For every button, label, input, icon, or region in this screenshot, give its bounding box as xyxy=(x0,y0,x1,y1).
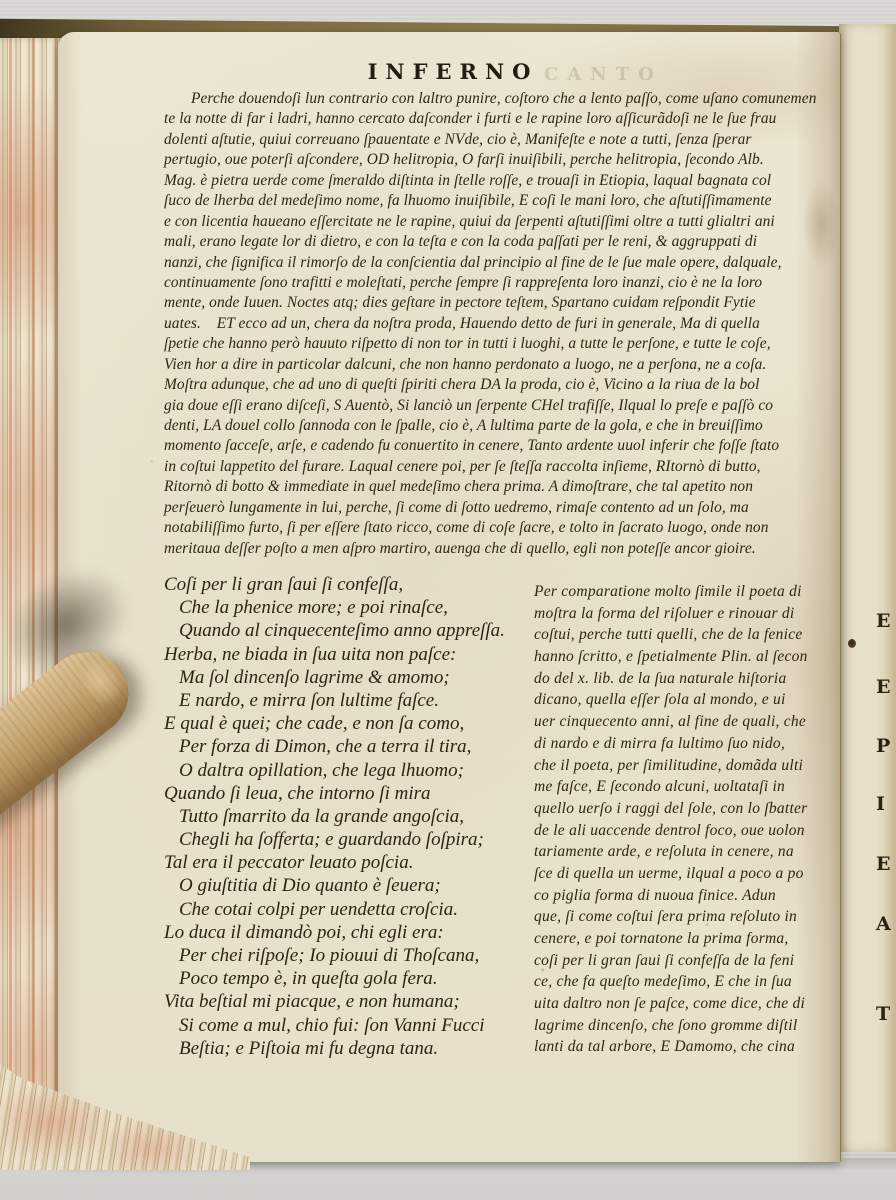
commentary-line: Ritornò di botto & immediate in quel med… xyxy=(164,477,826,497)
commentary-line: dolenti aſtutie, quiui correuano ſpauent… xyxy=(164,130,826,150)
commentary-line: que, ſi come coſtui ſera prima reſoluto … xyxy=(534,906,808,928)
commentary-line: che il poeta, per ſimilitudine, domãda u… xyxy=(534,755,808,777)
commentary-line: momento ſacceſe, arſe, e cadendo fu conu… xyxy=(164,436,826,456)
commentary-line: Per comparatione molto ſimile il poeta d… xyxy=(534,581,808,603)
commentary-line: hanno ſcritto, e ſpetialmente Plin. al ſ… xyxy=(534,646,808,668)
commentary-line: ſce di quella un uerme, ilqual a poco a … xyxy=(534,863,808,885)
verse-line: O daltra opillation, che lega lhuomo; xyxy=(164,759,505,782)
commentary-line: me faſce, E ſecondo alcuni, uoltataſi in xyxy=(534,776,808,798)
next-page-edge: E E P I E A T xyxy=(839,24,896,1152)
commentary-line: uer cinquecento anni, al fine de quali, … xyxy=(534,711,808,733)
verse-line: Si come a mul, chio fui: ſon Vanni Fucci xyxy=(164,1014,505,1037)
commentary-line: Moſtra adunque, che ad uno di queſti ſpi… xyxy=(164,375,826,395)
verse-line: Per forza di Dimon, che a terra il tira, xyxy=(164,735,505,758)
next-page-partial-letter: E xyxy=(876,853,896,875)
commentary-line: co piglia forma di nuoua finice. Adun xyxy=(534,885,808,907)
verse-line: Tutto ſmarrito da la grande angoſcia, xyxy=(164,805,505,828)
book-page: INFERNO CANTO Perche douendoſi lun contr… xyxy=(58,32,841,1162)
commentary-line: ſpetie che hanno però hauuto riſpetto di… xyxy=(164,334,826,354)
commentary-line: cenere, e poi tornatone la prima forma, xyxy=(534,928,808,950)
commentary-line: quello uerſo i raggi del ſole, con lo ſb… xyxy=(534,798,808,820)
verse-line: Lo duca il dimandò poi, chi egli era: xyxy=(164,921,505,944)
verse-line: Ma ſol dincenſo lagrime & amomo; xyxy=(164,666,505,689)
commentary-column: Per comparatione molto ſimile il poeta d… xyxy=(534,581,808,1058)
verse-line: Per chei riſpoſe; Io piouui di Thoſcana, xyxy=(164,944,505,967)
wormhole-spot xyxy=(848,639,856,648)
commentary-line: meritaua deſſer poſto a men aſpro martir… xyxy=(164,539,826,559)
next-page-partial-letter: E xyxy=(876,676,896,698)
commentary-line: in coſtui lappetito del furare. Laqual c… xyxy=(164,457,826,477)
verse-line: Che la phenice more; e poi rinaſce, xyxy=(164,596,505,619)
commentary-line: tariamente arde, e reſoluta in cenere, n… xyxy=(534,841,808,863)
verse-line: Vita beſtial mi piacque, e non humana; xyxy=(164,990,505,1013)
commentary-line: do del x. lib. de la ſua naturale hiſtor… xyxy=(534,668,808,690)
commentary-line: perſeuerò lungamente in lui, perche, ſi … xyxy=(164,498,826,518)
verse-line: Coſi per li gran ſaui ſi confeſſa, xyxy=(164,573,505,596)
commentary-line: te la notte di far i ladri, hanno cercat… xyxy=(164,109,826,129)
commentary-line: uates. ET ecco ad un, chera da noſtra pr… xyxy=(164,314,826,334)
commentary-line: moſtra la forma del riſoluer e rinouar d… xyxy=(534,603,808,625)
verse-line: Quando al cinquecenteſimo anno appreſſa. xyxy=(164,619,505,642)
verse-line: Che cotai colpi per uendetta croſcia. xyxy=(164,898,505,921)
commentary-line: pertugio, oue poterſi aſcondere, OD heli… xyxy=(164,150,826,170)
photograph-of-open-book: E E P I E A T INFERNO CANTO Perche douen… xyxy=(0,0,896,1200)
commentary-line: Perche douendoſi lun contrario con laltr… xyxy=(164,89,826,109)
commentary-line: coſi per li gran ſaui ſi confeſſa de la … xyxy=(534,950,808,972)
next-page-partial-letter: T xyxy=(876,1003,896,1025)
commentary-line: nanzi, che ſignifica il rimorſo de la co… xyxy=(164,253,826,273)
commentary-line: ce, che fa queſto medeſimo, E che in ſua xyxy=(534,971,808,993)
commentary-line: denti, LA douel collo ſannoda con le ſpa… xyxy=(164,416,826,436)
commentary-line: uita daltro non ſe paſce, come dice, che… xyxy=(534,993,808,1015)
commentary-line: continuamente ſono trafitti e moleſtati,… xyxy=(164,273,826,293)
verse-line: Quando ſi leua, che intorno ſi mira xyxy=(164,782,505,805)
verse-column: Coſi per li gran ſaui ſi confeſſa,Che la… xyxy=(164,573,505,1060)
commentary-line: lanti da tal arbore, E Damomo, che cina xyxy=(534,1036,808,1058)
verse-line: O giuſtitia di Dio quanto è ſeuera; xyxy=(164,874,505,897)
commentary-line: di nardo e di mirra fa lultimo ſuo nido, xyxy=(534,733,808,755)
commentary-line: Mag. è pietra uerde come ſmeraldo diſtin… xyxy=(164,171,826,191)
running-head: INFERNO xyxy=(58,59,840,84)
next-page-partial-letter: E xyxy=(876,610,896,632)
commentary-paragraph: Perche douendoſi lun contrario con laltr… xyxy=(164,89,826,559)
verse-line: E qual è quei; che cade, e non ſa como, xyxy=(164,712,505,735)
commentary-line: e con licentia haueano eſſercitate ne le… xyxy=(164,212,826,232)
next-page-partial-letter: A xyxy=(876,913,896,935)
commentary-line: gia doue eſſi erano diſceſi, S Auentò, S… xyxy=(164,396,826,416)
commentary-line: notabiliſſimo furto, ſi per eſſere ſtato… xyxy=(164,518,826,538)
verse-line: E nardo, e mirra ſon lultime faſce. xyxy=(164,689,505,712)
running-head-ghost: CANTO xyxy=(544,64,663,85)
verse-line: Chegli ha ſofferta; e guardando ſoſpira; xyxy=(164,828,505,851)
verse-line: Beſtia; e Piſtoia mi fu degna tana. xyxy=(164,1037,505,1060)
verse-line: Tal era il peccator leuato poſcia. xyxy=(164,851,505,874)
verse-line: Herba, ne biada in ſua uita non paſce: xyxy=(164,643,505,666)
commentary-line: mali, erano legate lor di dietro, e con … xyxy=(164,232,826,252)
next-page-partial-letter: P xyxy=(876,735,896,757)
commentary-line: dicano, quella eſſer ſola al mondo, e ui xyxy=(534,689,808,711)
commentary-line: coſtui, perche tutti quelli, che de la f… xyxy=(534,624,808,646)
commentary-line: lagrime dincenſo, che ſono gromme diſtil xyxy=(534,1015,808,1037)
next-page-partial-letter: I xyxy=(876,793,896,815)
commentary-line: ſuco de lherba del medeſimo nome, fa lhu… xyxy=(164,191,826,211)
commentary-line: Vien hor a dire in particolar dalcuni, c… xyxy=(164,355,826,375)
commentary-line: de le ali uaccende dentrol foco, oue uol… xyxy=(534,820,808,842)
verse-line: Poco tempo è, in queſta gola fera. xyxy=(164,967,505,990)
commentary-line: mente, onde Iuuen. Noctes atq; dies geſt… xyxy=(164,293,826,313)
